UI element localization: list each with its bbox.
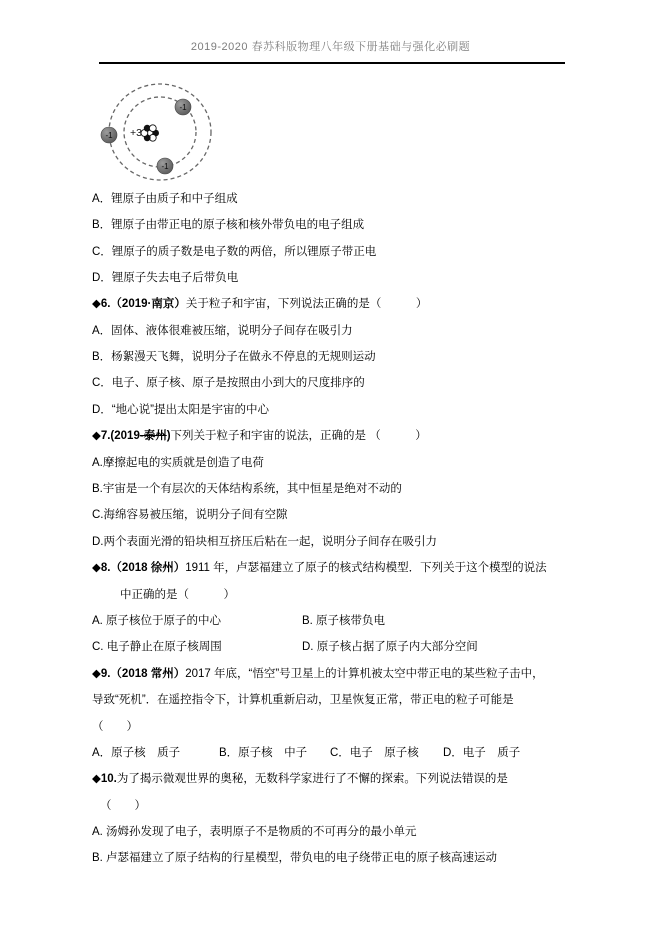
header-divider	[99, 62, 565, 64]
q6-option-b: B．杨絮漫天飞舞，说明分子在做永不停息的无规则运动	[92, 344, 578, 370]
worksheet-page: 2019-2020 春苏科版物理八年级下册基础与强化必刷题 +	[0, 0, 661, 935]
q6-stem-text: 关于粒子和宇宙，下列说法正确的是（ ）	[186, 297, 428, 312]
q6-option-c: C．电子、原子核、原子是按照由小到大的尺度排序的	[92, 371, 578, 397]
q7-source-struck: -泰州	[140, 429, 167, 444]
q8-stem-line2: 中正确的是（ ）	[92, 582, 578, 608]
q9-option-b: B．原子核 中子	[219, 746, 330, 761]
q9-number-source: ◆9.（2018 常州）	[92, 667, 185, 682]
q9-options-row: A．原子核 质子 B．原子核 中子 C．电子 原子核 D．电子 质子	[92, 740, 578, 766]
q9-stem-line2: 导致“死机”．在遥控指令下，计算机重新启动，卫星恢复正常，带正电的粒子可能是	[92, 687, 578, 713]
q8-options-row-1: A. 原子核位于原子的中心 B. 原子核带负电	[92, 608, 578, 634]
q7-option-a: A.摩擦起电的实质就是创造了电荷	[92, 450, 578, 476]
nucleus-charge-label: +3	[130, 127, 142, 139]
q7-option-d: D.两个表面光滑的铅块相互挤压后粘在一起，说明分子间存在吸引力	[92, 529, 578, 555]
q10-stem: ◆10. 为了揭示微观世界的奥秘，无数科学家进行了不懈的探索。下列说法错误的是	[92, 767, 578, 793]
q5-option-b: B．锂原子由带正电的原子核和核外带负电的电子组成	[92, 212, 578, 238]
q6-option-a: A．固体、液体很难被压缩，说明分子间存在吸引力	[92, 318, 578, 344]
q9-option-c: C．电子 原子核	[330, 746, 443, 761]
nucleus-icon	[141, 125, 159, 141]
q7-stem-text: 下列关于粒子和宇宙的说法，正确的是 （ ）	[171, 429, 427, 444]
q8-stem-text: 1911 年，卢瑟福建立了原子的核式结构模型．下列关于这个模型的说法	[185, 561, 546, 576]
q7-number-source: ◆7.(2019	[92, 429, 140, 444]
electron-charge-label: -1	[105, 131, 113, 140]
q9-stem: ◆9.（2018 常州） 2017 年底，“悟空”号卫星上的计算机被太空中带正电…	[92, 661, 578, 687]
q9-stem-text: 2017 年底，“悟空”号卫星上的计算机被太空中带正电的某些粒子击中，	[185, 667, 543, 682]
q8-option-b: B. 原子核带负电	[302, 614, 385, 629]
page-title: 2019-2020 春苏科版物理八年级下册基础与强化必刷题	[0, 38, 661, 54]
electron-charge-label: -1	[161, 162, 169, 171]
q10-number: ◆10.	[92, 772, 117, 787]
q8-options-row-2: C. 电子静止在原子核周围 D. 原子核占据了原子内大部分空间	[92, 635, 578, 661]
q10-option-a: A. 汤姆孙发现了电子，表明原子不是物质的不可再分的最小单元	[92, 819, 578, 845]
q10-stem-line2: （ ）	[92, 793, 578, 819]
q10-option-b: B. 卢瑟福建立了原子结构的行星模型，带负电的电子绕带正电的原子核高速运动	[92, 846, 578, 872]
electron-icon: -1	[175, 99, 191, 115]
q5-option-c: C．锂原子的质子数是电子数的两倍，所以锂原子带正电	[92, 239, 578, 265]
q6-option-d: D．“地心说”提出太阳是宇宙的中心	[92, 397, 578, 423]
q8-option-d: D. 原子核占据了原子内大部分空间	[302, 640, 478, 655]
worksheet-content: +3 -1 -1 -1 A．锂原子由质子和中子组成 B．锂原子由带正电的原子核和…	[92, 74, 578, 872]
q7-stem: ◆7.(2019 -泰州 ) 下列关于粒子和宇宙的说法，正确的是 （ ）	[92, 424, 578, 450]
q6-number-source: ◆6.（2019·南京）	[92, 297, 186, 312]
q8-option-a: A. 原子核位于原子的中心	[92, 614, 302, 629]
q7-option-b: B.宇宙是一个有层次的天体结构系统，其中恒星是绝对不动的	[92, 476, 578, 502]
q8-stem: ◆8.（2018 徐州） 1911 年，卢瑟福建立了原子的核式结构模型．下列关于…	[92, 555, 578, 581]
q8-option-c: C. 电子静止在原子核周围	[92, 640, 302, 655]
electron-charge-label: -1	[179, 103, 187, 112]
q10-stem-text: 为了揭示微观世界的奥秘，无数科学家进行了不懈的探索。下列说法错误的是	[117, 772, 508, 787]
q9-option-d: D．电子 质子	[443, 746, 520, 761]
q8-number-source: ◆8.（2018 徐州）	[92, 561, 185, 576]
q7-option-c: C.海绵容易被压缩，说明分子间有空隙	[92, 503, 578, 529]
q9-option-a: A．原子核 质子	[92, 746, 219, 761]
lithium-atom-diagram: +3 -1 -1 -1	[98, 78, 226, 184]
q5-option-d: D．锂原子失去电子后带负电	[92, 265, 578, 291]
q6-stem: ◆6.（2019·南京） 关于粒子和宇宙，下列说法正确的是（ ）	[92, 292, 578, 318]
q9-stem-line3: （ ）	[92, 714, 578, 740]
electron-icon: -1	[157, 158, 173, 174]
q5-option-a: A．锂原子由质子和中子组成	[92, 186, 578, 212]
electron-icon: -1	[101, 127, 117, 143]
